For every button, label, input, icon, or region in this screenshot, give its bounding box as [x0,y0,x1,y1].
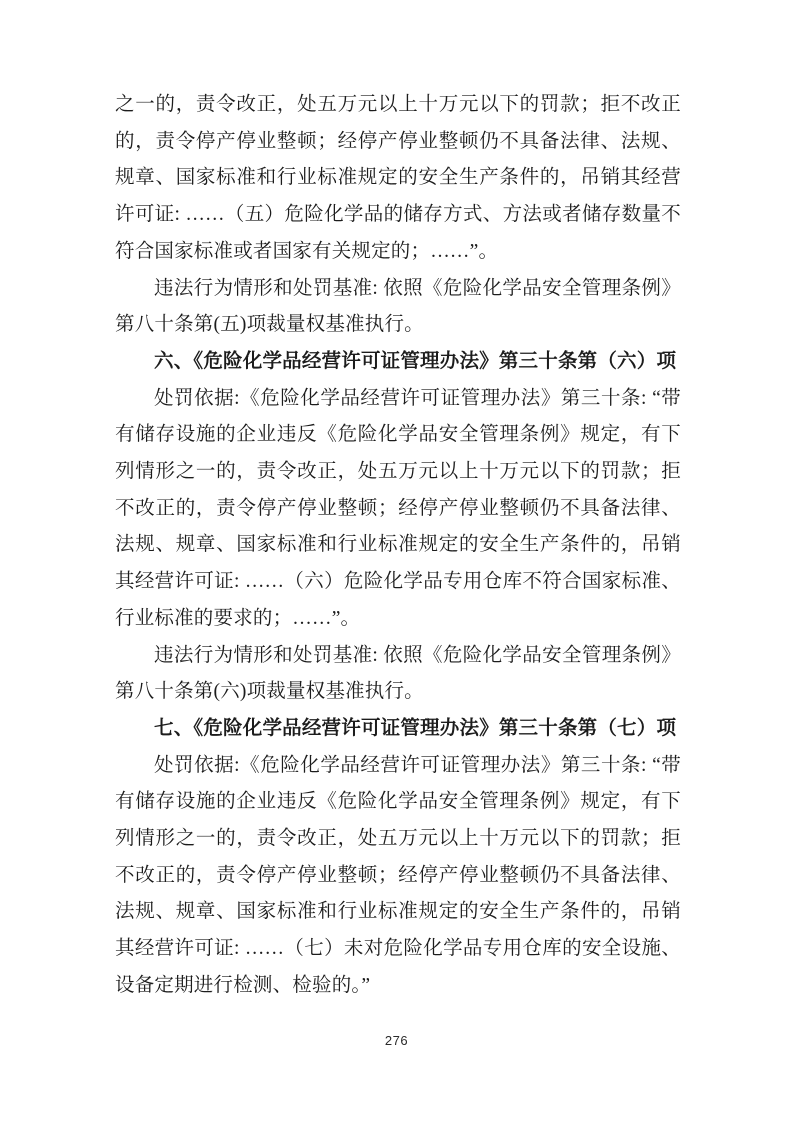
document-page: 之一的，责令改正，处五万元以上十万元以下的罚款；拒不改正的，责令停产停业整顿；经… [0,0,793,1122]
paragraph-penalty-basis-item6: 处罚依据:《危险化学品经营许可证管理办法》第三十条: “带有储存设施的企业违反《… [115,381,681,638]
paragraph-violation-basis-item5: 违法行为情形和处罚基准: 依照《危险化学品安全管理条例》第八十条第(五)项裁量权… [115,271,681,344]
paragraph-violation-basis-item6: 违法行为情形和处罚基准: 依照《危险化学品安全管理条例》第八十条第(六)项裁量权… [115,638,681,711]
paragraph-penalty-basis-item7: 处罚依据:《危险化学品经营许可证管理办法》第三十条: “带有储存设施的企业违反《… [115,748,681,1005]
page-number: 276 [0,1033,793,1048]
section-heading-six: 六、《危险化学品经营许可证管理办法》第三十条第（六）项 [115,344,681,381]
document-body: 之一的，责令改正，处五万元以上十万元以下的罚款；拒不改正的，责令停产停业整顿；经… [115,87,681,1005]
section-heading-seven: 七、《危险化学品经营许可证管理办法》第三十条第（七）项 [115,711,681,748]
paragraph-penalty-continuation-item5: 之一的，责令改正，处五万元以上十万元以下的罚款；拒不改正的，责令停产停业整顿；经… [115,87,681,271]
